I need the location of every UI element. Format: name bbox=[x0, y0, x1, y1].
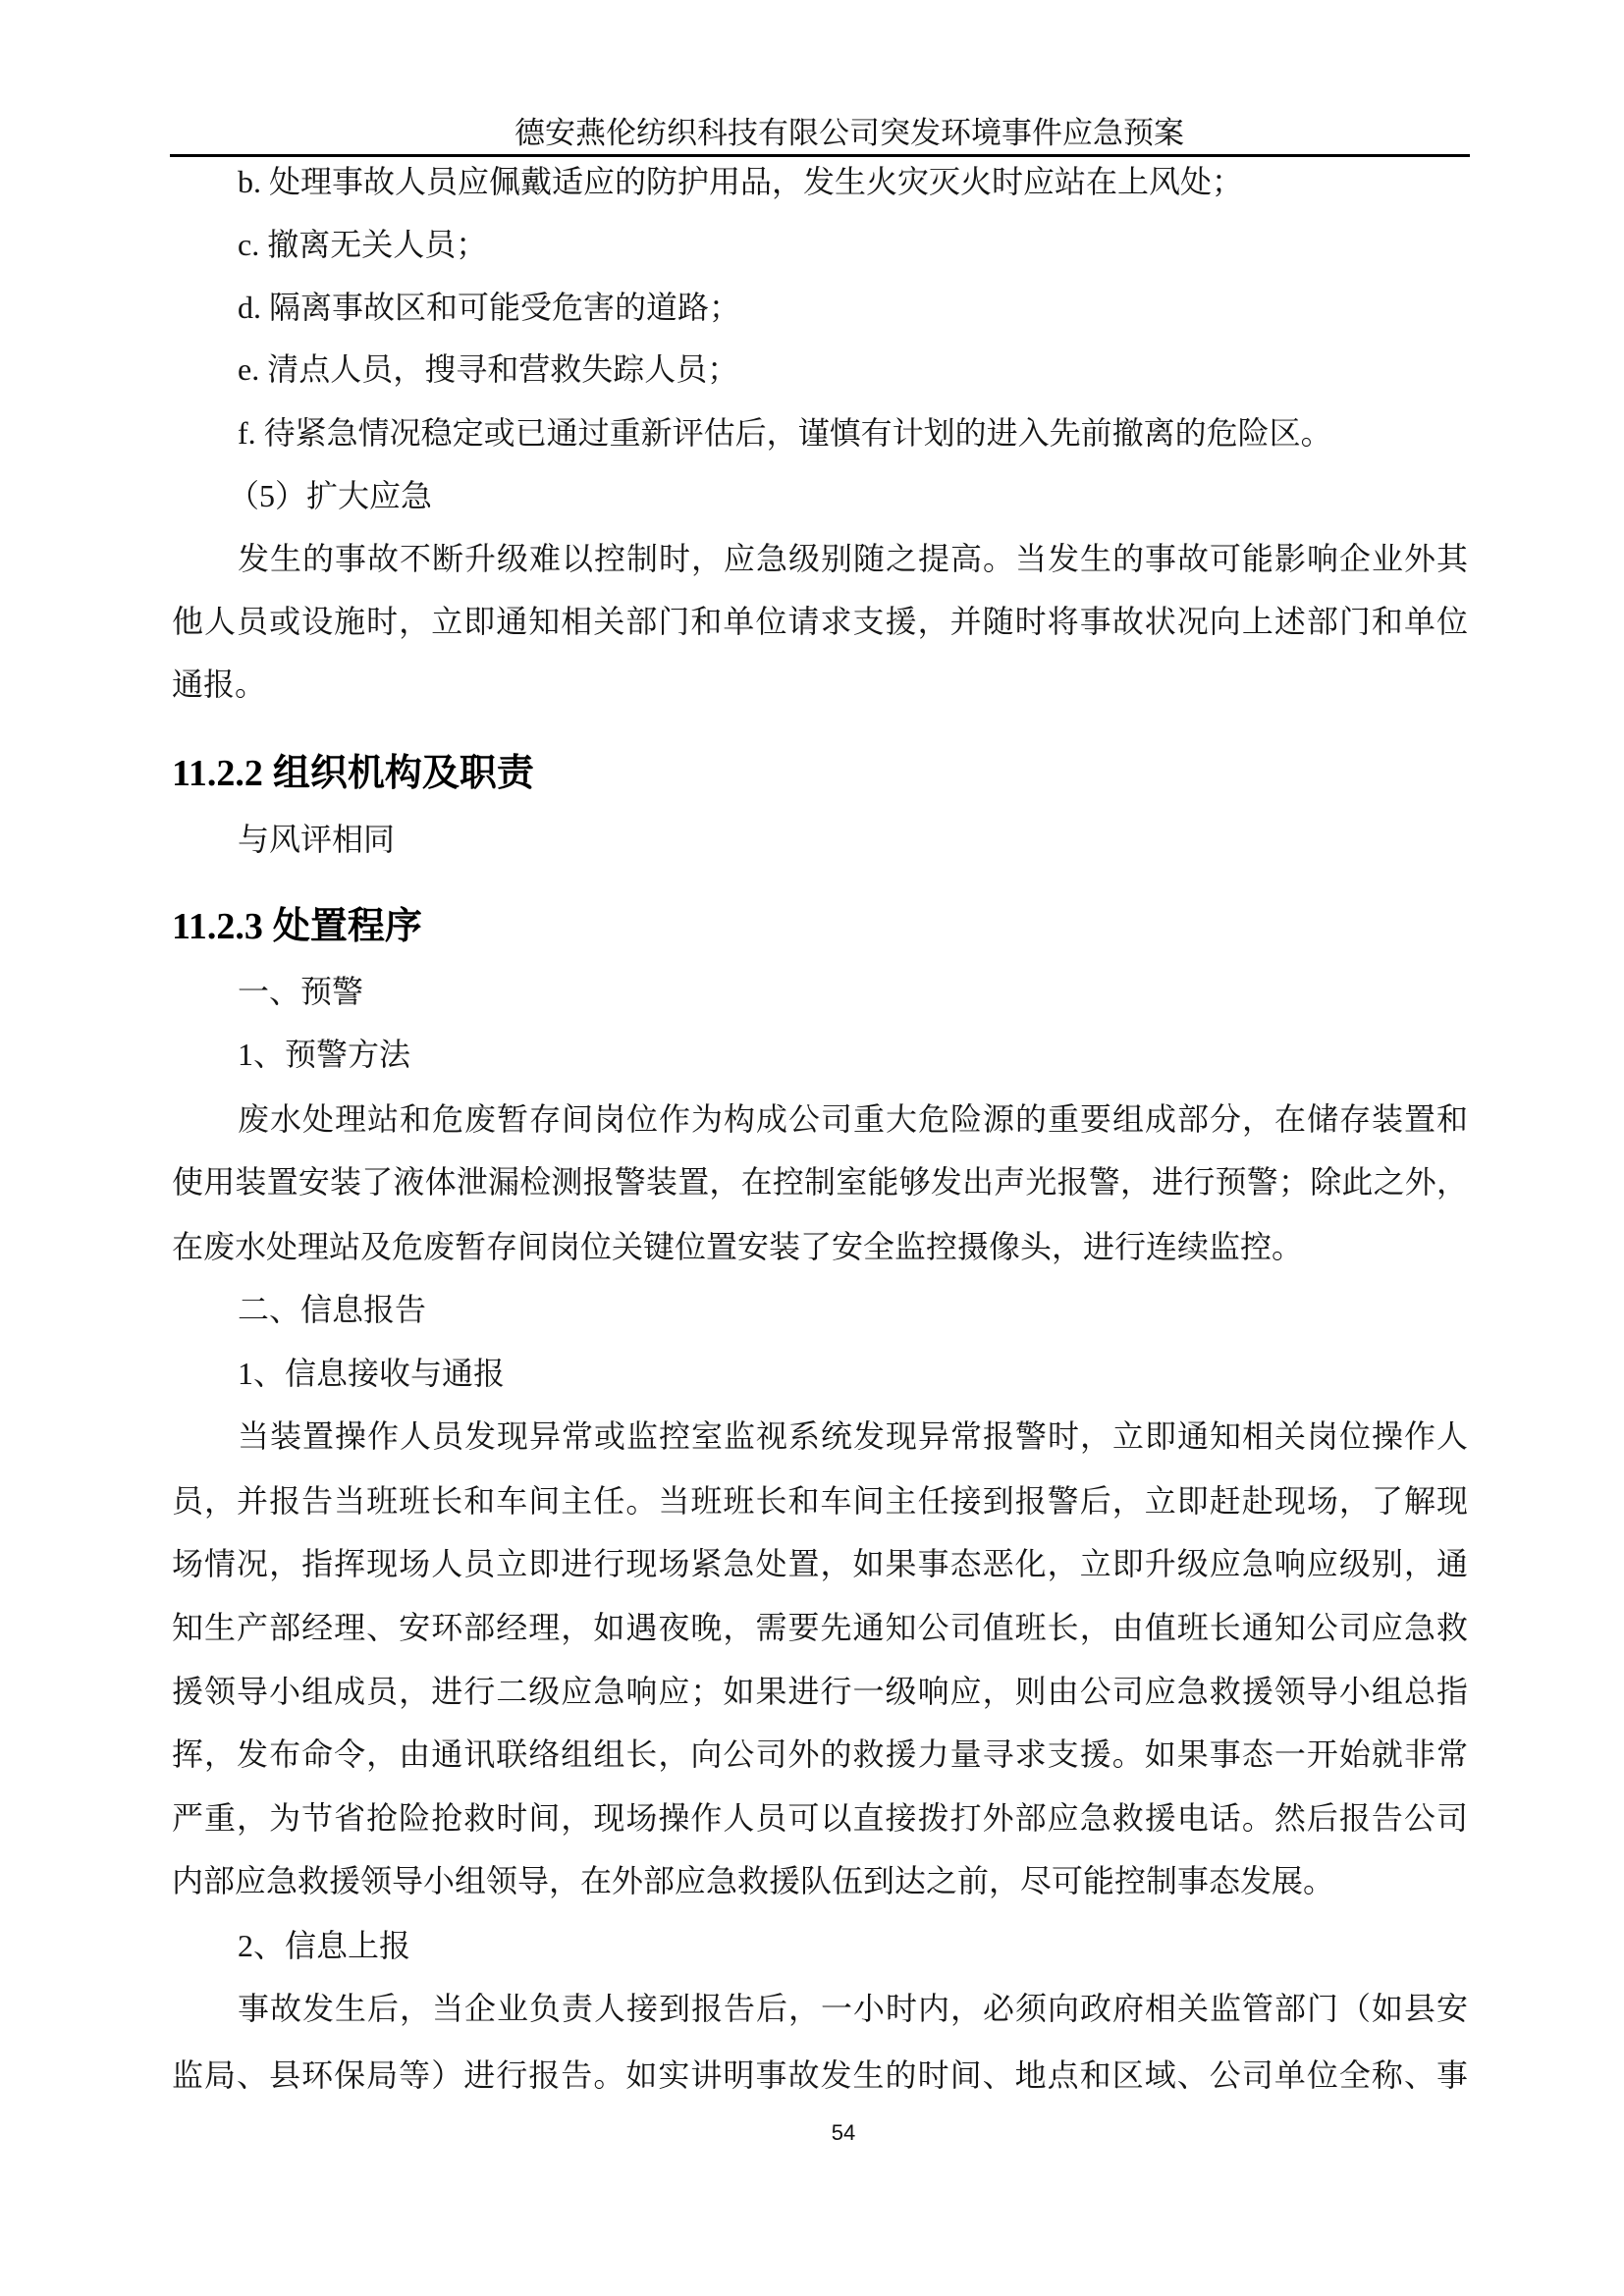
section-heading: 11.2.2组织机构及职责 bbox=[172, 748, 534, 797]
section-number: 11.2.3 bbox=[172, 906, 263, 947]
header-divider bbox=[170, 154, 1470, 157]
list-item: b. 处理事故人员应佩戴适应的防护用品，发生火灾灭火时应站在上风处； bbox=[238, 160, 1468, 203]
paragraph-line: 与风评相同 bbox=[238, 818, 1468, 861]
part-title: 二、信息报告 bbox=[238, 1288, 1468, 1331]
section-heading: 11.2.3处置程序 bbox=[172, 901, 422, 950]
section-title: 处置程序 bbox=[273, 904, 422, 947]
document-page: 德安燕伦纺织科技有限公司突发环境事件应急预案 b. 处理事故人员应佩戴适应的防护… bbox=[0, 0, 1624, 2296]
paragraph-line: 使用装置安装了液体泄漏检测报警装置，在控制室能够发出声光报警，进行预警；除此之外… bbox=[172, 1160, 1468, 1203]
subpart-title: 1、信息接收与通报 bbox=[238, 1352, 1468, 1395]
subsection-title: （5）扩大应急 bbox=[228, 474, 1524, 517]
section-title: 组织机构及职责 bbox=[273, 751, 534, 794]
subpart-title: 2、信息上报 bbox=[238, 1924, 1468, 1967]
list-item: f. 待紧急情况稳定或已通过重新评估后，谨慎有计划的进入先前撤离的危险区。 bbox=[238, 411, 1468, 454]
paragraph-line: 废水处理站和危废暂存间岗位作为构成公司重大危险源的重要组成部分，在储存装置和 bbox=[238, 1097, 1468, 1141]
page-number: 54 bbox=[0, 2118, 1624, 2148]
paragraph-line: 内部应急救援领导小组领导，在外部应急救援队伍到达之前，尽可能控制事态发展。 bbox=[172, 1859, 1468, 1902]
running-header: 德安燕伦纺织科技有限公司突发环境事件应急预案 bbox=[170, 114, 1470, 153]
paragraph-line: 挥，发布命令，由通讯联络组组长，向公司外的救援力量寻求支援。如果事态一开始就非常 bbox=[172, 1733, 1468, 1776]
paragraph-line: 知生产部经理、安环部经理，如遇夜晚，需要先通知公司值班长，由值班长通知公司应急救 bbox=[172, 1606, 1468, 1649]
paragraph-line: 当装置操作人员发现异常或监控室监视系统发现异常报警时，立即通知相关岗位操作人 bbox=[238, 1415, 1468, 1458]
paragraph-line: 场情况，指挥现场人员立即进行现场紧急处置，如果事态恶化，立即升级应急响应级别，通 bbox=[172, 1542, 1468, 1585]
paragraph-line: 发生的事故不断升级难以控制时，应急级别随之提高。当发生的事故可能影响企业外其 bbox=[238, 537, 1468, 580]
paragraph-line: 员，并报告当班班长和车间主任。当班班长和车间主任接到报警后，立即赶赴现场，了解现 bbox=[172, 1479, 1468, 1522]
paragraph-line: 事故发生后，当企业负责人接到报告后，一小时内，必须向政府相关监管部门（如县安 bbox=[238, 1987, 1468, 2030]
paragraph-line: 通报。 bbox=[172, 663, 1468, 706]
paragraph-line: 援领导小组成员，进行二级应急响应；如果进行一级响应，则由公司应急救援领导小组总指 bbox=[172, 1670, 1468, 1713]
section-number: 11.2.2 bbox=[172, 753, 263, 794]
list-item: e. 清点人员，搜寻和营救失踪人员； bbox=[238, 347, 1468, 391]
list-item: d. 隔离事故区和可能受危害的道路； bbox=[238, 286, 1468, 329]
subpart-title: 1、预警方法 bbox=[238, 1033, 1468, 1076]
paragraph-line: 监局、县环保局等）进行报告。如实讲明事故发生的时间、地点和区域、公司单位全称、事 bbox=[172, 2054, 1468, 2097]
paragraph-line: 严重，为节省抢险抢救时间，现场操作人员可以直接拨打外部应急救援电话。然后报告公司 bbox=[172, 1796, 1468, 1840]
paragraph-line: 他人员或设施时，立即通知相关部门和单位请求支援，并随时将事故状况向上述部门和单位 bbox=[172, 600, 1468, 643]
paragraph-line: 在废水处理站及危废暂存间岗位关键位置安装了安全监控摄像头，进行连续监控。 bbox=[172, 1225, 1468, 1268]
list-item: c. 撤离无关人员； bbox=[238, 223, 1468, 266]
part-title: 一、预警 bbox=[238, 970, 1468, 1013]
